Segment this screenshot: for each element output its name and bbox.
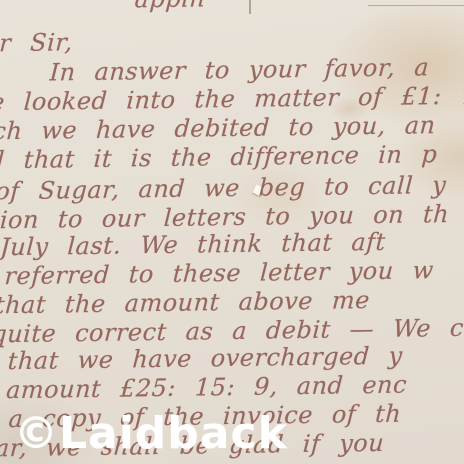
handwriting-line: In answer to your favor, a (49, 53, 430, 86)
handwriting-line: that we have overcharged y (7, 342, 403, 376)
handwriting-layer: appin r Sir, In answer to your favor, a … (0, 0, 464, 464)
letter-photo: appin r Sir, In answer to your favor, a … (0, 0, 464, 464)
handwriting-line: that the amount above me (0, 286, 371, 319)
handwriting-line: amount £25: 15: 9, and enc (5, 371, 407, 405)
handwriting-line: d that it is the difference in p (0, 140, 438, 174)
handwriting-line: July last. We think that aft (0, 228, 387, 261)
watermark: ©Laidback (14, 408, 288, 459)
salutation-line: r Sir, (0, 28, 74, 57)
handwriting-line-fragment: appin (134, 0, 206, 13)
